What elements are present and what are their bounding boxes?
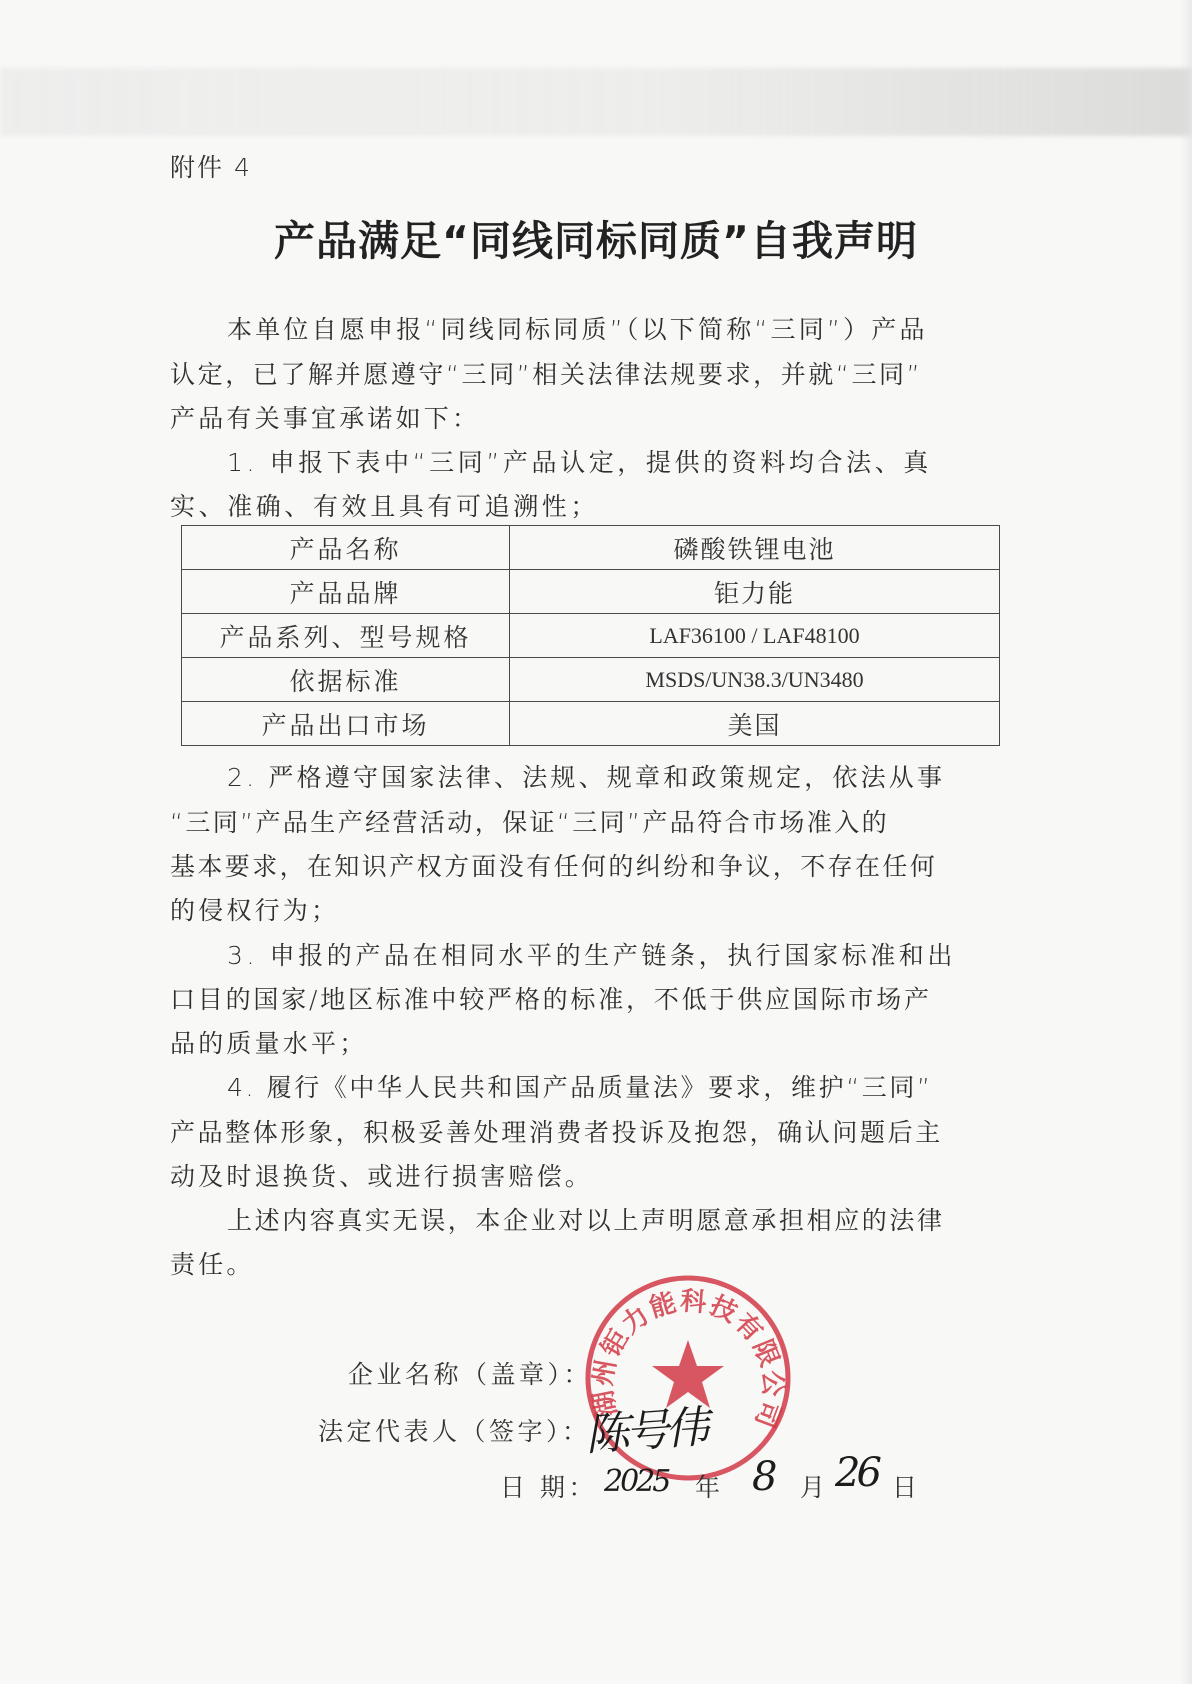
intro-line-2: 认定，已了解并愿遵守“三同”相关法律法规要求，并就“三同” (170, 358, 922, 392)
commitment-2-line-3: 基本要求，在知识产权方面没有任何的纠纷和争议，不存在任何 (170, 850, 937, 884)
commitment-4-line-3: 动及时退换货、或进行损害赔偿。 (170, 1160, 593, 1194)
legal-representative-label: 法定代表人（签字）： (318, 1412, 591, 1448)
scan-shadow (0, 68, 1192, 136)
table-row: 产品出口市场 美国 (182, 702, 1000, 746)
intro-line-1: 本单位自愿申报“同线同标同质”（以下简称“三同”）产品 (227, 313, 928, 347)
document-page: 附件 4 产品满足“同线同标同质”自我声明 本单位自愿申报“同线同标同质”（以下… (0, 0, 1192, 1684)
export-market-value: 美国 (510, 702, 1000, 746)
standard-label: 依据标准 (182, 658, 510, 702)
commitment-3-line-1: 3. 申报的产品在相同水平的生产链条，执行国家标准和出 (227, 939, 956, 973)
month-unit: 月 (800, 1468, 829, 1504)
commitment-2-line-1: 2. 严格遵守国家法律、法规、规章和政策规定，依法从事 (227, 761, 945, 795)
product-name-label: 产品名称 (182, 526, 510, 570)
closing-line-2: 责任。 (170, 1248, 255, 1282)
company-name-label: 企业名称（盖章）： (348, 1355, 592, 1391)
intro-line-3: 产品有关事宜承诺如下： (170, 402, 480, 436)
commitment-4-line-2: 产品整体形象，积极妥善处理消费者投诉及抱怨，确认问题后主 (170, 1116, 943, 1150)
commitment-1-line-1: 1. 申报下表中“三同”产品认定，提供的资料均合法、真 (227, 446, 932, 480)
standard-value: MSDS/UN38.3/UN3480 (510, 658, 1000, 702)
commitment-2-line-2: “三同”产品生产经营活动，保证“三同”产品符合市场准入的 (170, 806, 889, 840)
table-row: 依据标准 MSDS/UN38.3/UN3480 (182, 658, 1000, 702)
date-month-value: 8 (752, 1454, 777, 1500)
page-title: 产品满足“同线同标同质”自我声明 (0, 208, 1192, 267)
commitment-3-line-3: 品的质量水平； (170, 1027, 367, 1061)
product-name-value: 磷酸铁锂电池 (510, 526, 1000, 570)
date-day-value: 26 (835, 1450, 878, 1496)
product-brand-label: 产品品牌 (182, 570, 510, 614)
annex-label: 附件 4 (170, 148, 252, 184)
commitment-2-line-4: 的侵权行为； (170, 894, 339, 928)
commitment-4-line-1: 4. 履行《中华人民共和国产品质量法》要求，维护“三同” (227, 1071, 933, 1105)
year-unit: 年 (695, 1468, 724, 1504)
commitment-1-line-2: 实、准确、有效且具有可追溯性； (170, 490, 599, 524)
date-year-value: 2025 (604, 1464, 668, 1499)
product-model-label: 产品系列、型号规格 (182, 614, 510, 658)
representative-signature: 陈号伟 (583, 1391, 707, 1463)
product-model-value: LAF36100 / LAF48100 (510, 614, 1000, 658)
export-market-label: 产品出口市场 (182, 702, 510, 746)
date-label: 日 期： (500, 1468, 597, 1504)
table-row: 产品品牌 钜力能 (182, 570, 1000, 614)
day-unit: 日 (892, 1468, 921, 1504)
commitment-3-line-2: 口目的国家/地区标准中较严格的标准，不低于供应国际市场产 (170, 983, 932, 1017)
product-brand-value: 钜力能 (510, 570, 1000, 614)
table-row: 产品系列、型号规格 LAF36100 / LAF48100 (182, 614, 1000, 658)
product-table: 产品名称 磷酸铁锂电池 产品品牌 钜力能 产品系列、型号规格 LAF36100 … (181, 525, 1000, 746)
table-row: 产品名称 磷酸铁锂电池 (182, 526, 1000, 570)
closing-line-1: 上述内容真实无误，本企业对以上声明愿意承担相应的法律 (227, 1204, 945, 1238)
